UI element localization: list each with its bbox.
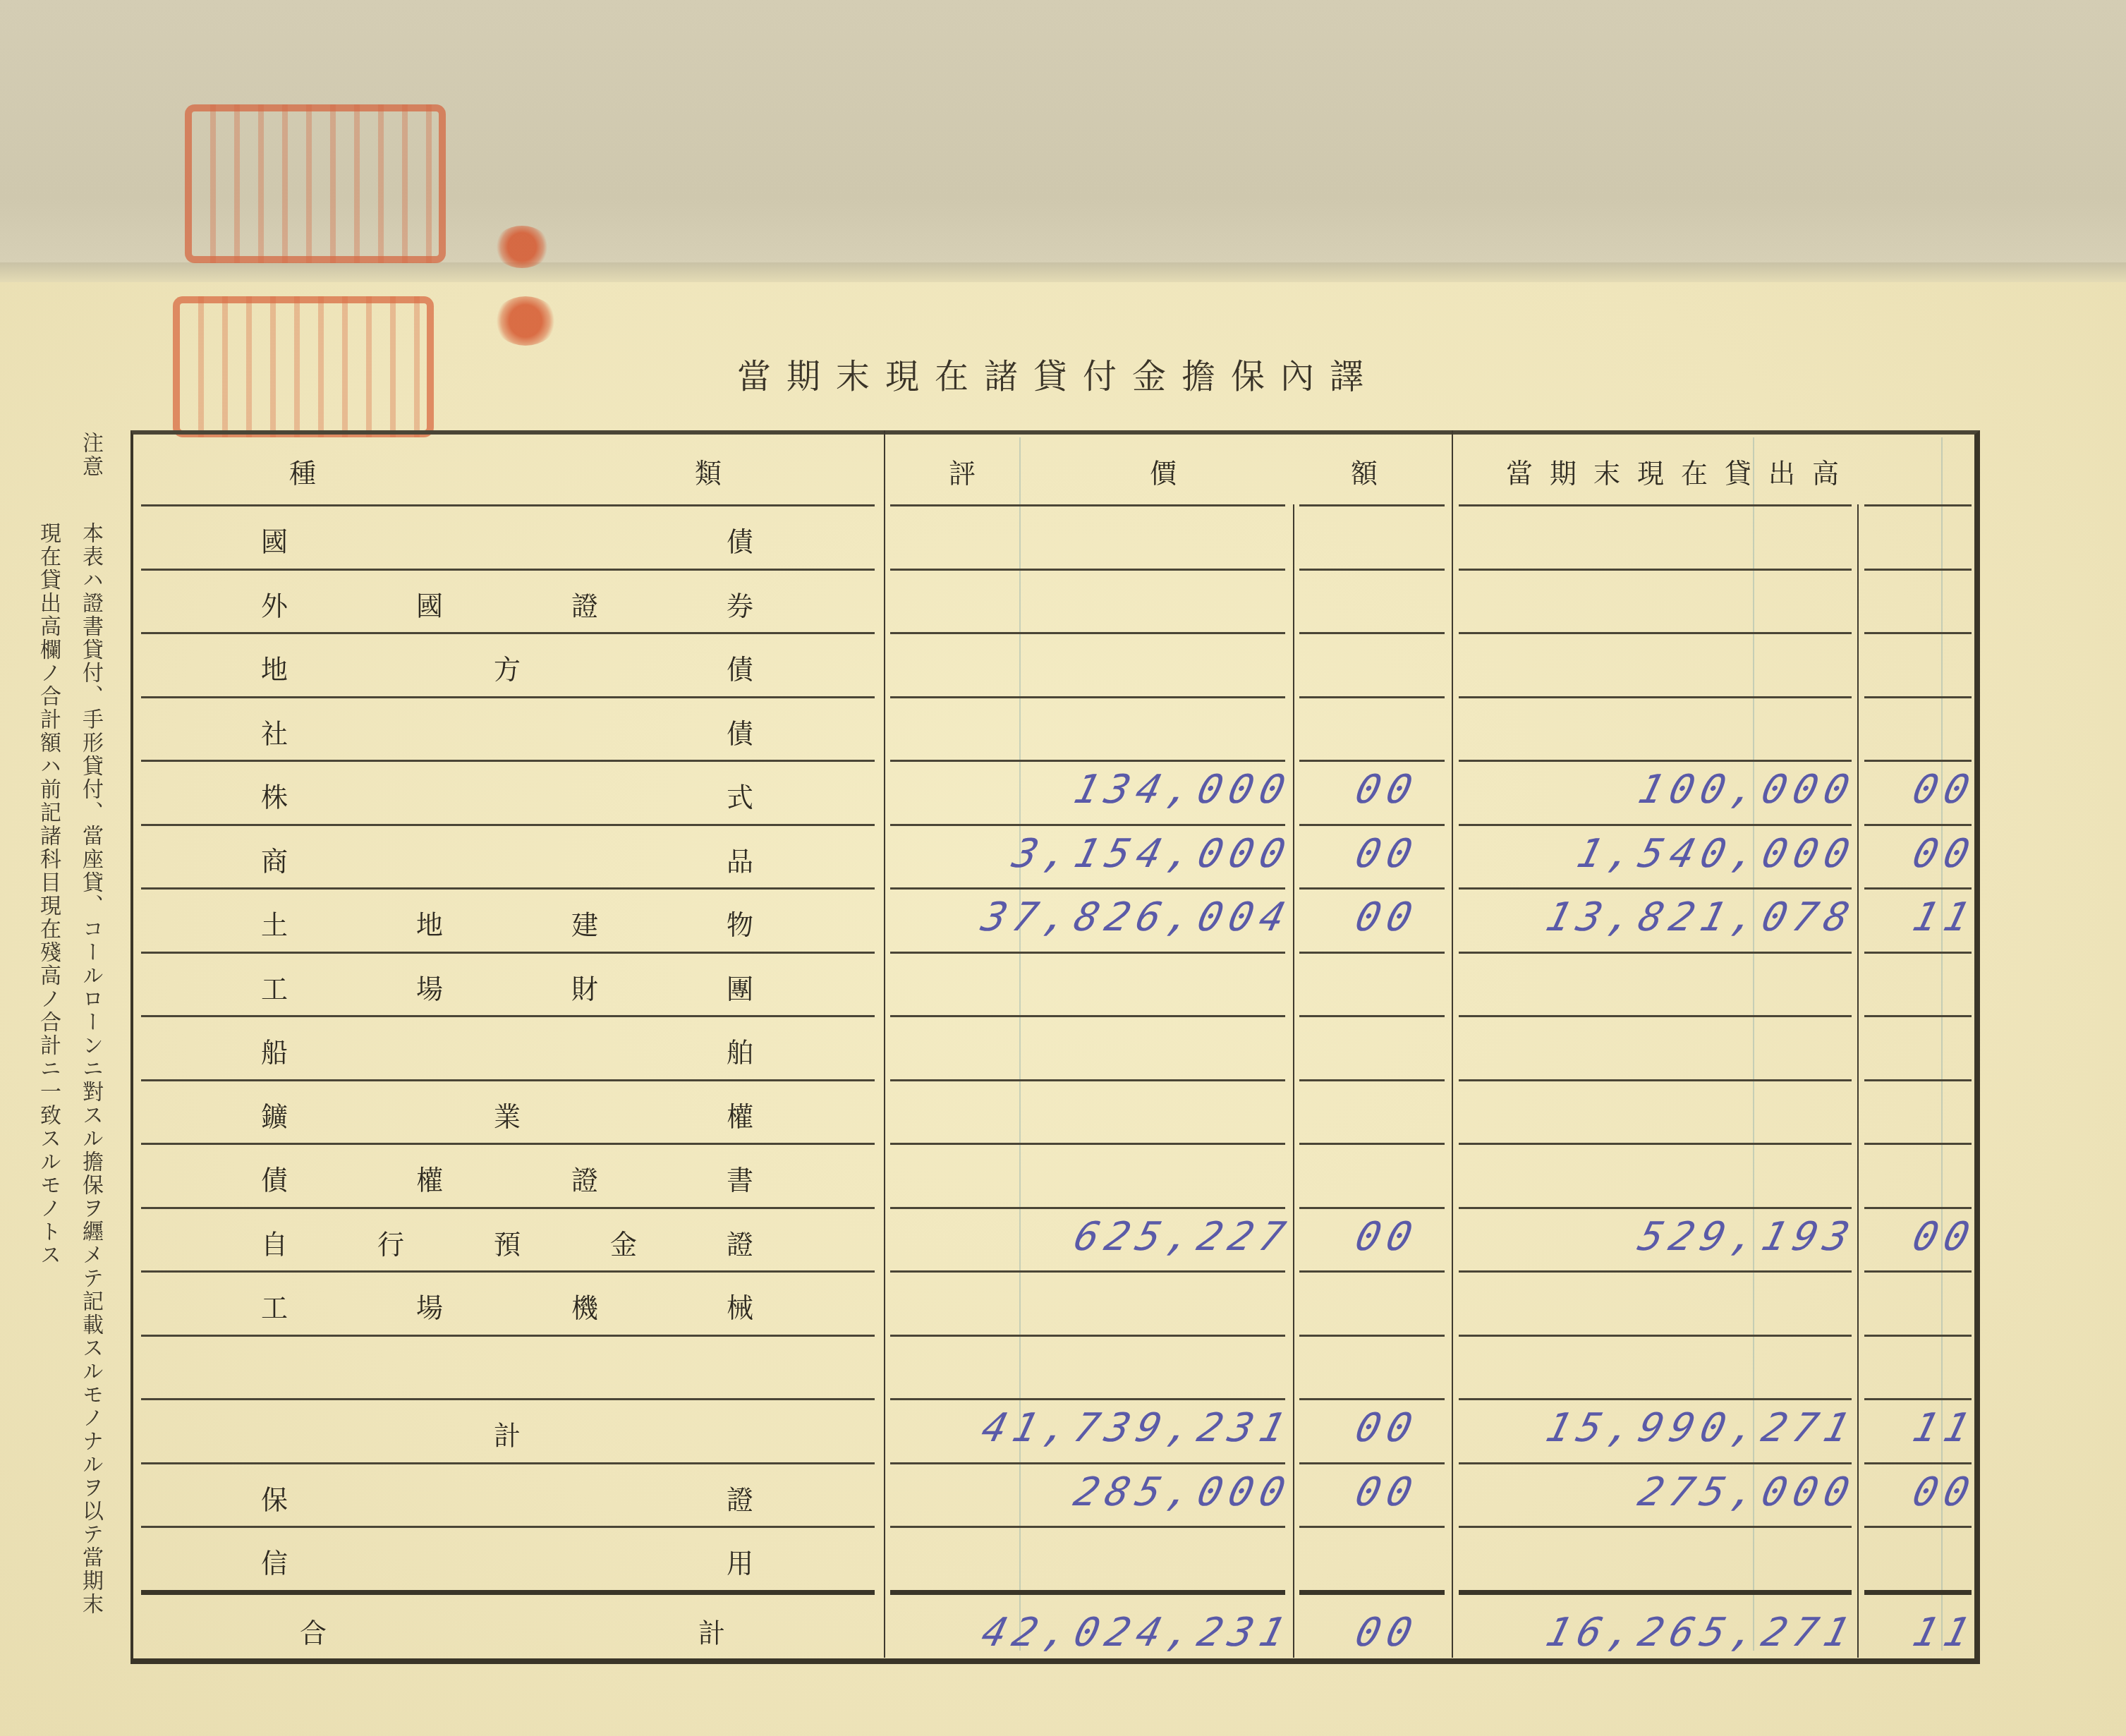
round-seal-bottom [494,296,557,346]
category-char: 機 [571,1286,598,1325]
row-rule [1459,1590,1852,1595]
row-rule [141,504,875,506]
row-rule [1299,1270,1445,1273]
category-char: 證 [727,1478,753,1517]
category-char: 國 [416,584,443,623]
category-char: 品 [727,839,753,878]
category-char: 鑛 [261,1095,288,1134]
category-char: 金 [610,1222,637,1261]
row-rule [1459,1526,1852,1528]
row-rule [1864,569,1972,571]
row-rule [1864,1015,1972,1017]
category-char: 方 [494,648,521,686]
row-rule [1864,1335,1972,1337]
loans-sen: 11 [1907,894,1981,940]
category-char: 舶 [727,1031,753,1069]
row-rule [1299,1143,1445,1145]
category-char: 保 [261,1478,288,1517]
row-rule [1864,887,1972,890]
row-rule [890,1079,1285,1081]
row-rule [1864,1143,1972,1145]
category-char: 商 [261,839,288,878]
show-through-line [1753,437,1754,1651]
row-rule [890,1335,1285,1337]
row-rule [1864,696,1972,698]
row-rule [1459,887,1852,890]
column-divider-loans-sen [1857,504,1859,1658]
row-rule [1299,1079,1445,1081]
loans-sen: 00 [1907,767,1981,813]
category-char: 場 [416,1286,443,1325]
row-rule [1864,1398,1972,1400]
category-char: 物 [727,903,753,942]
loans-sen: 11 [1907,1405,1981,1451]
row-rule [141,1398,875,1400]
row-rule [1864,1079,1972,1081]
total-label-2: 計 [698,1611,725,1650]
row-rule [1299,1526,1445,1528]
row-rule [1299,1015,1445,1017]
row-rule [890,504,1285,506]
category-char: 式 [727,775,753,814]
row-rule [1299,696,1445,698]
row-rule [141,1207,875,1209]
loans-amount: 100,000 [1634,767,1861,813]
loans-sen: 00 [1907,1469,1981,1515]
row-rule [1459,1079,1852,1081]
valuation-sen: 00 [1350,894,1423,940]
row-rule [1299,887,1445,890]
valuation-sen: 00 [1350,767,1423,813]
row-rule [1459,1270,1852,1273]
row-rule [1864,632,1972,634]
category-char: 權 [416,1158,443,1197]
row-rule [1299,760,1445,762]
row-rule [890,1462,1285,1464]
red-seal-bottom [173,296,434,437]
cover-sheet-edge [0,262,2126,284]
row-rule [1459,1015,1852,1017]
document-title: 當期末現在諸貸付金擔保內譯 [635,349,1481,398]
category-char: 工 [261,967,288,1006]
row-rule [890,696,1285,698]
row-rule [890,887,1285,890]
row-rule [1864,1207,1972,1209]
category-char: 債 [727,648,753,686]
category-char: 械 [727,1286,753,1325]
row-rule [1459,504,1852,506]
valuation-amount: 285,000 [1069,1469,1296,1515]
red-seal-top [185,104,446,263]
header-category-2: 類 [695,451,722,490]
category-char: 信 [261,1541,288,1580]
row-rule [1459,1398,1852,1400]
row-rule [141,1462,875,1464]
category-char: 團 [727,967,753,1006]
row-rule [141,1526,875,1528]
category-char: 地 [416,903,443,942]
note-label: 注意 [78,432,103,516]
row-rule [890,1207,1285,1209]
valuation-sen: 00 [1350,1214,1423,1260]
row-rule [890,760,1285,762]
row-rule [1459,569,1852,571]
show-through-line [1941,437,1943,1651]
category-char: 地 [261,648,288,686]
row-rule [1459,1335,1852,1337]
row-rule [1459,824,1852,826]
category-char: 預 [494,1222,521,1261]
loans-sen: 00 [1907,831,1981,877]
row-rule [1299,1398,1445,1400]
category-char: 自 [261,1222,288,1261]
loans-amount: 1,540,000 [1572,831,1861,877]
row-rule [890,824,1285,826]
row-rule [890,1590,1285,1595]
category-char: 船 [261,1031,288,1069]
row-rule [141,760,875,762]
note-line-2: 現在貸出高欄ノ合計額ハ前記諸科目現在殘高ノ合計ニ一致スルモノトス [35,522,61,1368]
row-rule [1864,824,1972,826]
row-rule [890,1270,1285,1273]
row-rule [1299,824,1445,826]
row-rule [1299,1335,1445,1337]
row-rule [1299,504,1445,506]
show-through-line [1019,437,1021,1651]
row-rule [1864,1270,1972,1273]
column-divider-category-value [884,430,885,1658]
category-char: 書 [727,1158,753,1197]
category-char: 建 [571,903,598,942]
total-valuation-sen: 00 [1350,1610,1423,1656]
header-loans: 當期末現在貸出高 [1506,451,1856,490]
category-char: 權 [727,1095,753,1134]
category-char: 財 [571,967,598,1006]
row-rule [141,1270,875,1273]
loans-amount: 275,000 [1634,1469,1861,1515]
row-rule [1864,1462,1972,1464]
total-label-1: 合 [300,1611,327,1650]
header-valuation-2: 價 [1150,451,1177,490]
category-char: 債 [727,712,753,751]
row-rule [890,1398,1285,1400]
valuation-sen: 00 [1350,831,1423,877]
row-rule [1864,504,1972,506]
loans-amount: 15,990,271 [1541,1405,1861,1451]
valuation-sen: 00 [1350,1405,1423,1451]
row-rule [1459,1462,1852,1464]
row-rule [141,887,875,890]
row-rule [890,1526,1285,1528]
category-char: 行 [377,1222,404,1261]
row-rule [1459,696,1852,698]
category-char: 用 [727,1541,753,1580]
category-char: 計 [494,1414,521,1452]
row-rule [890,952,1285,954]
row-rule [141,1015,875,1017]
row-rule [890,569,1285,571]
header-category-1: 種 [289,451,316,490]
category-char: 外 [261,584,288,623]
category-char: 社 [261,712,288,751]
row-rule [1864,952,1972,954]
valuation-amount: 625,227 [1069,1214,1296,1260]
row-rule [1459,760,1852,762]
loans-amount: 529,193 [1634,1214,1861,1260]
row-rule [1299,569,1445,571]
category-char: 證 [727,1222,753,1261]
column-divider-value-loans [1452,430,1453,1658]
total-loans-sen: 11 [1907,1610,1981,1656]
note-line-1: 本表ハ證書貸付、手形貸付、當座貸、コールローンニ對スル擔保ヲ纒メテ記載スルモノナ… [78,522,103,1665]
category-char: 土 [261,903,288,942]
category-char: 證 [571,584,598,623]
row-rule [1459,952,1852,954]
row-rule [141,569,875,571]
row-rule [1299,1207,1445,1209]
row-rule [890,1143,1285,1145]
row-rule [890,632,1285,634]
row-rule [1299,952,1445,954]
round-seal-top [494,226,550,268]
total-valuation: 42,024,231 [977,1610,1296,1656]
row-rule [1864,760,1972,762]
row-rule [1864,1526,1972,1528]
row-rule [890,1015,1285,1017]
valuation-amount: 134,000 [1069,767,1296,813]
loans-amount: 13,821,078 [1541,894,1861,940]
row-rule [141,952,875,954]
row-rule [1299,1462,1445,1464]
valuation-amount: 41,739,231 [977,1405,1296,1451]
header-valuation-3: 額 [1351,451,1378,490]
row-rule [141,1335,875,1337]
row-rule [1459,1207,1852,1209]
category-char: 債 [727,520,753,559]
column-divider-value-sen [1293,504,1294,1658]
row-rule [1299,1590,1445,1595]
valuation-sen: 00 [1350,1469,1423,1515]
category-char: 債 [261,1158,288,1197]
category-char: 業 [494,1095,521,1134]
row-rule [141,696,875,698]
row-rule [141,632,875,634]
category-char: 工 [261,1286,288,1325]
category-char: 券 [727,584,753,623]
row-rule [141,824,875,826]
row-rule [1864,1590,1972,1595]
category-char: 國 [261,520,288,559]
row-rule [1459,632,1852,634]
row-rule [141,1143,875,1145]
row-rule [1459,1143,1852,1145]
category-char: 證 [571,1158,598,1197]
category-char: 株 [261,775,288,814]
valuation-amount: 37,826,004 [977,894,1296,940]
row-rule [141,1079,875,1081]
valuation-amount: 3,154,000 [1007,831,1296,877]
loans-sen: 00 [1907,1214,1981,1260]
header-valuation-1: 評 [949,451,976,490]
category-char: 場 [416,967,443,1006]
total-loans: 16,265,271 [1541,1610,1861,1656]
row-rule [1299,632,1445,634]
row-rule [141,1590,875,1595]
